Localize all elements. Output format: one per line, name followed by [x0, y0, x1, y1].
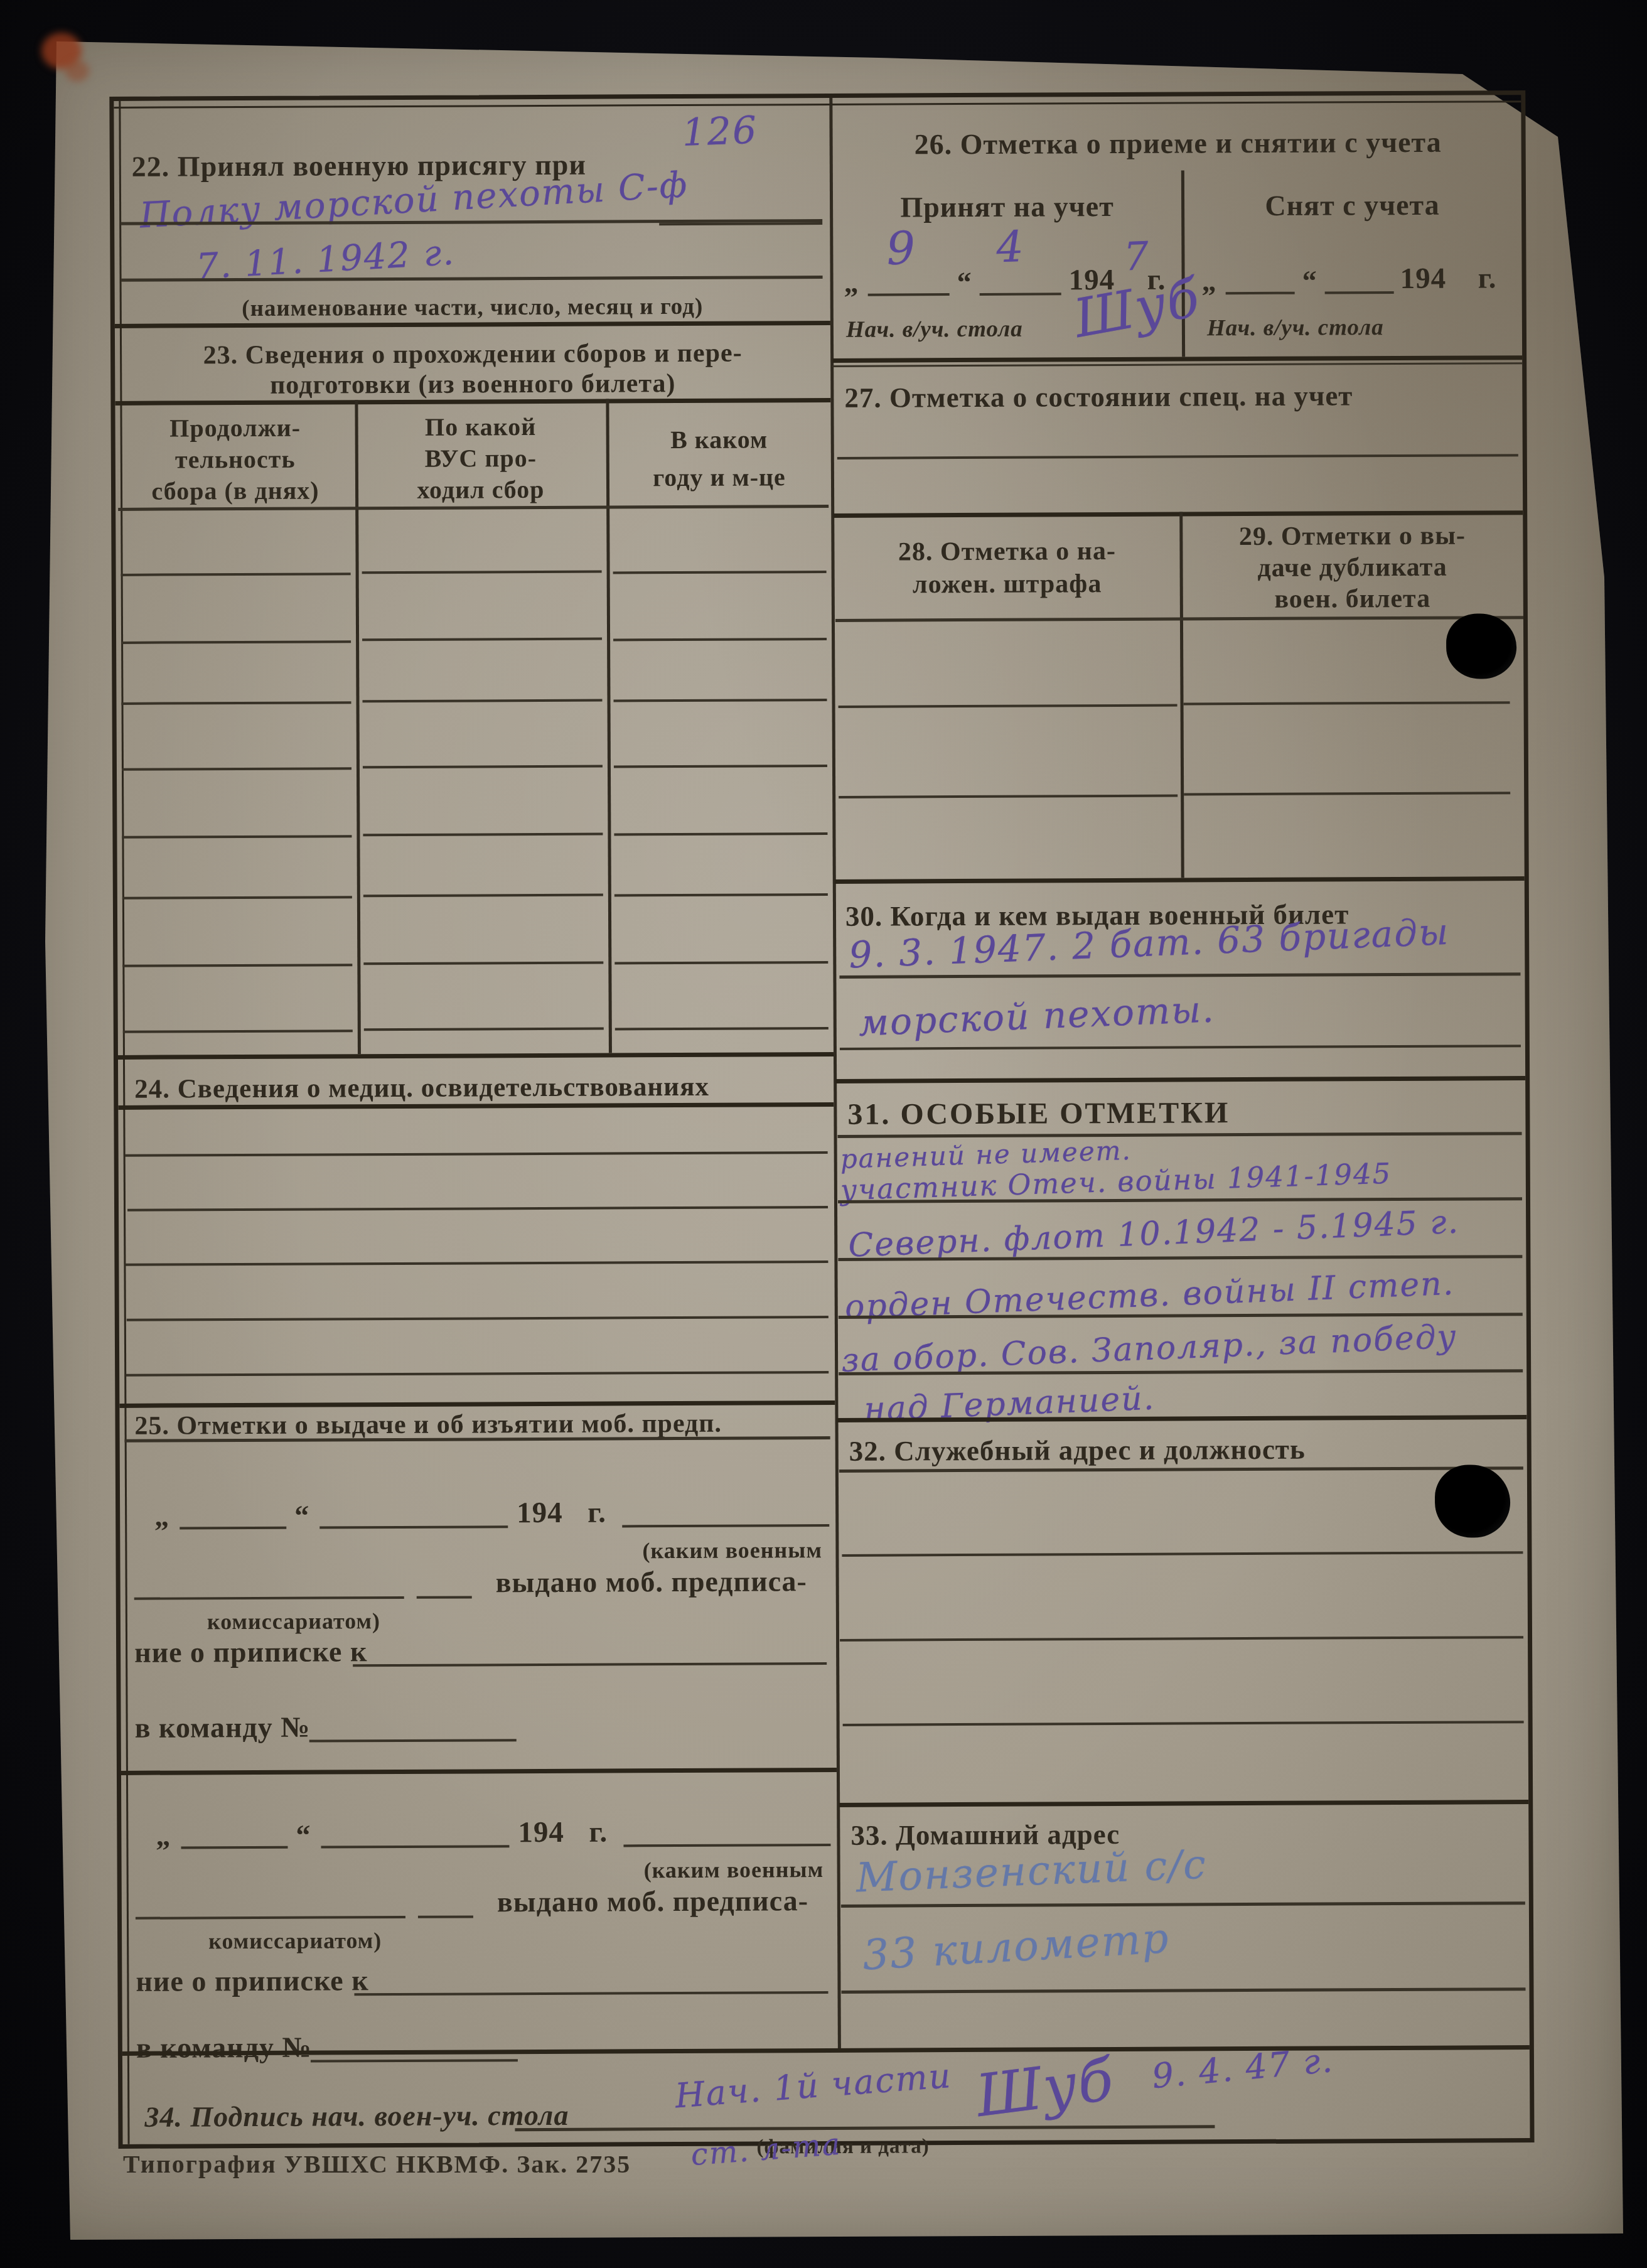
- ruled-line: [843, 1721, 1524, 1726]
- rust-stain: [65, 60, 89, 82]
- ruled-line: [125, 1260, 828, 1266]
- ruled-line: [840, 1636, 1523, 1642]
- table-row-line: [362, 571, 602, 574]
- ruled-line: [837, 454, 1518, 460]
- vydano-text: выдано моб. предписа-: [497, 1884, 808, 1918]
- hw-signature: Шуб: [972, 2046, 1118, 2130]
- table-row-line: [363, 765, 603, 769]
- field-29-title: даче дубликата: [1183, 552, 1521, 583]
- table-row-line: [613, 638, 827, 641]
- vydano-text: выдано моб. предписа-: [496, 1564, 807, 1599]
- nie-o-pripiske: ние о приписке к: [134, 1635, 367, 1669]
- ruled-line: [839, 1466, 1523, 1473]
- caption-komissariatom: комиссариатом): [208, 1927, 382, 1954]
- table-row-line: [614, 699, 827, 702]
- table-row-line: [122, 701, 351, 705]
- year-printed: 194: [517, 1496, 563, 1530]
- quote-open: „: [154, 1500, 169, 1533]
- table-row-line: [363, 962, 603, 965]
- table-row-line: [613, 571, 827, 574]
- cell-line: [839, 704, 1178, 708]
- table-row-line: [363, 894, 603, 898]
- quote-open: „: [156, 1819, 171, 1852]
- quote-open: „: [1201, 264, 1216, 298]
- hw-ticket-issue2: морской пехоты.: [858, 987, 1216, 1044]
- blank-segment: [1226, 292, 1295, 294]
- ruled-line: [838, 1132, 1522, 1138]
- cell-line: [1184, 701, 1510, 705]
- table-row-line: [122, 767, 351, 771]
- field-23-title: 23. Сведения о прохождении сборов и пере…: [115, 338, 830, 371]
- section-separator: [119, 1400, 835, 1408]
- table-row-line: [614, 961, 828, 964]
- year-printed: 194: [518, 1815, 564, 1849]
- quote-close: “: [957, 266, 972, 299]
- ruled-line: [127, 1206, 828, 1212]
- table-header-duration: Продолжи-: [121, 412, 350, 443]
- blank-segment: [1325, 291, 1394, 294]
- column-divider: [829, 98, 841, 2048]
- hw-signature-position: Нач. 1й части: [673, 2056, 953, 2116]
- blank-segment: [180, 1527, 286, 1530]
- ruled-line: [839, 972, 1520, 979]
- section-separator: [832, 355, 1522, 363]
- registration-card-form: 22. Принял военную присягу при 126 Полку…: [109, 90, 1534, 2149]
- v-komandu: в команду №: [136, 2031, 312, 2065]
- ruled-line: [126, 1371, 829, 1377]
- table-column-divider: [606, 399, 612, 1053]
- ruled-line: [842, 1551, 1523, 1557]
- v-komandu: в команду №: [135, 1711, 311, 1744]
- cell-line: [1184, 792, 1510, 795]
- year-g: г.: [1478, 261, 1496, 295]
- ruled-line: [841, 1901, 1525, 1908]
- blank-segment: [134, 1596, 404, 1600]
- ruled-line: [127, 1316, 829, 1321]
- table-row-line: [615, 1027, 829, 1030]
- table-row-line: [364, 1028, 604, 1031]
- table-row-line: [362, 638, 602, 642]
- table-header-year: В каком: [611, 424, 827, 455]
- table-row-line: [122, 964, 352, 967]
- ruled-line: [125, 1151, 828, 1157]
- quote-close: “: [1302, 264, 1317, 298]
- s26-left-header: Принят на учет: [836, 190, 1178, 224]
- hw-accept-month: 4: [995, 222, 1026, 273]
- hw-accept-day: 9: [886, 222, 918, 276]
- section-separator-inner: [832, 362, 1522, 367]
- scanned-document: 22. Принял военную присягу при 126 Полку…: [0, 0, 1647, 2268]
- quote-open: „: [844, 266, 859, 299]
- table-row-line: [614, 765, 827, 768]
- field-27-title: 27. Отметка о состоянии спец. на учет: [844, 379, 1353, 414]
- cell-line: [839, 795, 1178, 798]
- nach-stola-label: Нач. в/уч. стола: [846, 316, 1023, 343]
- blank-segment: [319, 1525, 508, 1529]
- table-header-vus: По какой: [360, 412, 601, 443]
- nie-o-pripiske: ние о приписке к: [136, 1964, 368, 1998]
- field-28-title: 28. Отметка о на-: [837, 536, 1176, 567]
- section-separator: [833, 510, 1523, 518]
- field-24-title: 24. Сведения о медиц. освидетельствовани…: [134, 1072, 709, 1105]
- hw-home-address2: 33 километр: [861, 1914, 1171, 1980]
- quote-close: “: [296, 1819, 311, 1852]
- year-g: г.: [589, 1815, 608, 1849]
- blank-segment: [417, 1596, 472, 1598]
- caption-kakim: (каким военным: [644, 1856, 824, 1883]
- field-31-title: 31. ОСОБЫЕ ОТМЕТКИ: [847, 1095, 1230, 1132]
- field-23-title2: подготовки (из военного билета): [115, 368, 830, 401]
- section-separator: [835, 876, 1525, 884]
- field-28-title: ложен. штрафа: [838, 569, 1177, 600]
- ruled-line: [841, 1987, 1525, 1994]
- caption-kakim: (каким военным: [642, 1537, 822, 1564]
- blank-segment: [353, 1662, 827, 1667]
- blank-segment: [622, 1524, 829, 1527]
- field-29-title: 29. Отметки о вы-: [1183, 520, 1521, 552]
- table-row-line: [121, 640, 351, 644]
- table-header-vus: ВУС про-: [360, 443, 601, 474]
- field-25-title: 25. Отметки о выдаче и об изъятии моб. п…: [134, 1409, 722, 1441]
- header-underline: [835, 616, 1523, 622]
- nach-stola-label: Нач. в/уч. стола: [1207, 314, 1384, 341]
- hw-oath-unit-number: 126: [681, 108, 758, 155]
- ruled-line: [840, 1045, 1521, 1050]
- year-g: г.: [587, 1496, 606, 1530]
- blank-segment: [181, 1846, 287, 1849]
- blank-segment: [354, 1991, 828, 1996]
- field-34-title: 34. Подпись нач. воен-уч. стола: [144, 2099, 569, 2134]
- blank-segment: [321, 1845, 509, 1848]
- table-header-duration: тельность: [121, 444, 350, 475]
- punch-hole: [1446, 613, 1516, 679]
- blank-segment: [418, 1915, 473, 1918]
- table-row-line: [614, 832, 827, 836]
- table-row-line: [123, 1029, 353, 1033]
- table-row-line: [122, 835, 351, 839]
- section-separator: [839, 1800, 1528, 1807]
- table-row-line: [121, 572, 351, 576]
- field-22-caption: (наименование части, число, месяц и год): [115, 293, 830, 323]
- punch-hole: [1435, 1465, 1511, 1538]
- table-header-vus: ходил сбор: [360, 475, 601, 505]
- blank-segment: [623, 1844, 830, 1847]
- table-row-line: [363, 699, 603, 703]
- table-row-line: [122, 896, 352, 900]
- caption-komissariatom: комиссариатом): [207, 1608, 380, 1635]
- field-26-title: 26. Отметка о приеме и снятии с учета: [836, 125, 1520, 161]
- field-29-title: воен. билета: [1183, 583, 1522, 615]
- table-row-line: [363, 833, 603, 837]
- quote-close: “: [294, 1499, 309, 1532]
- table-header-year: году и м-це: [611, 462, 827, 493]
- typography-imprint: Типография УВШХС НКВМФ. Зак. 2735: [123, 2149, 631, 2179]
- blank-segment: [868, 293, 950, 296]
- section-separator: [121, 1768, 837, 1775]
- year-printed: 194: [1400, 262, 1446, 296]
- blank-segment: [309, 1739, 517, 1742]
- table-row-line: [614, 893, 828, 896]
- signature-line: [515, 2125, 1215, 2131]
- blank-segment: [980, 293, 1061, 296]
- s26-right-header: Снят с учета: [1184, 188, 1520, 222]
- field-32-title: 32. Служебный адрес и должность: [849, 1433, 1306, 1468]
- section-separator: [835, 1076, 1525, 1083]
- hw-accept-year-digit: 7: [1123, 233, 1151, 280]
- blank-segment: [311, 2059, 518, 2062]
- table-header-duration: сбора (в днях): [121, 475, 350, 506]
- blank-segment: [136, 1916, 405, 1920]
- table-bottom-border: [118, 1052, 834, 1060]
- table-header-underline: [118, 505, 829, 511]
